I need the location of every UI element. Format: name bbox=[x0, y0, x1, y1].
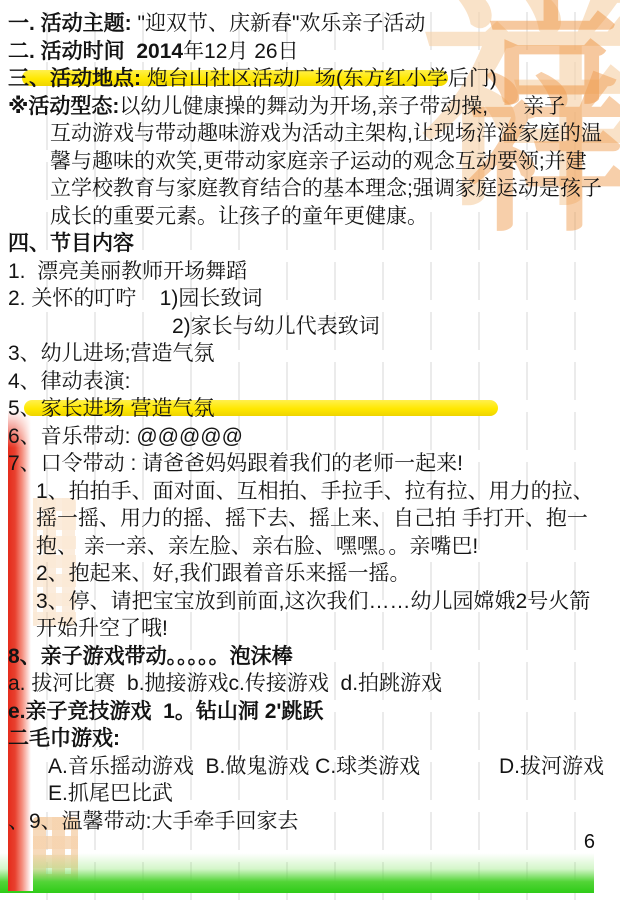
program-item-5: 5、家长进场 营造气氛 bbox=[8, 395, 614, 423]
program-item-9: 、9、温馨带动:大手牵手回家去 bbox=[8, 808, 614, 836]
location-line: 三、活动地点: 炮台山社区活动广场(东方红小学后门) bbox=[8, 65, 614, 93]
topic-label: 一. 活动主题: bbox=[8, 12, 138, 35]
topic-text: "迎双节、庆新春"欢乐亲子活动 bbox=[138, 12, 426, 35]
item-7-sub-2-text: 摇一摇、用力的摇、摇下去、摇上来、自己拍 手打开、抱一 bbox=[36, 507, 588, 530]
section-heading-text: 四、节目内容 bbox=[8, 232, 134, 255]
towel-games-heading: 二毛巾游戏: bbox=[8, 725, 614, 753]
program-item-6-text: 6、音乐带动: @@@@@ bbox=[8, 425, 243, 448]
format-text-3: 馨与趣味的欢笑,更带动家庭亲子运动的观念互动要领;并建 bbox=[50, 150, 587, 173]
program-item-8: 8、亲子游戏带动。。。。。泡沫棒 bbox=[8, 643, 614, 671]
item-7-sub-6: 开始升空了哦! bbox=[8, 615, 614, 643]
program-item-2-text: 2. 关怀的叮咛 1)园长致词 bbox=[8, 287, 262, 310]
page-number: 6 bbox=[584, 831, 595, 854]
towel-games-d: D.拔河游戏 bbox=[499, 753, 604, 781]
item-7-sub-4-text: 2、抱起来、好,我们跟着音乐来摇一摇。 bbox=[36, 562, 411, 585]
towel-games-row-2: E.抓尾巴比武 bbox=[8, 780, 614, 808]
program-item-2b: 2)家长与幼儿代表致词 bbox=[8, 313, 614, 341]
slide-content: 一. 活动主题: "迎双节、庆新春"欢乐亲子活动 二. 活动时间 2014年12… bbox=[8, 10, 614, 835]
program-item-9-text: 、9、温馨带动:大手牵手回家去 bbox=[8, 810, 299, 833]
format-line-5: 成长的重要元素。让孩子的童年更健康。 bbox=[8, 203, 614, 231]
program-item-7: 7、口令带动 : 请爸爸妈妈跟着我们的老师一起来! bbox=[8, 450, 614, 478]
item-7-sub-4: 2、抱起来、好,我们跟着音乐来摇一摇。 bbox=[8, 560, 614, 588]
item-7-sub-2: 摇一摇、用力的摇、摇下去、摇上来、自己拍 手打开、抱一 bbox=[8, 505, 614, 533]
program-item-2: 2. 关怀的叮咛 1)园长致词 bbox=[8, 285, 614, 313]
time-text: 年12月 26日 bbox=[183, 40, 299, 63]
program-item-5-text: 家长进场 营造气氛 bbox=[41, 397, 215, 420]
format-line-4: 立学校教育与家庭教育结合的基本理念;强调家庭运动是孩子 bbox=[8, 175, 614, 203]
item-7-sub-1-text: 1、拍拍手、面对面、互相拍、手拉手、拉有拉、用力的拉、 bbox=[36, 480, 594, 503]
item-7-sub-5: 3、停、请把宝宝放到前面,这次我们……幼儿园嫦娥2号火箭 bbox=[8, 588, 614, 616]
slide-page: 祥 吉 祥 一. 活动主题: "迎双节、庆新春"欢乐亲子活动 二. 活动时间 2… bbox=[0, 0, 620, 909]
item-7-sub-5-text: 3、停、请把宝宝放到前面,这次我们……幼儿园嫦娥2号火箭 bbox=[36, 590, 590, 613]
program-item-4-text: 4、律动表演: bbox=[8, 370, 131, 393]
program-item-7-text: 7、口令带动 : 请爸爸妈妈跟着我们的老师一起来! bbox=[8, 452, 463, 475]
item-7-sub-3-text: 抱、 亲一亲、亲左脸、亲右脸、嘿嘿。。亲嘴巴! bbox=[36, 535, 478, 558]
program-item-5-num: 5、 bbox=[8, 397, 41, 420]
format-line-3: 馨与趣味的欢笑,更带动家庭亲子运动的观念互动要领;并建 bbox=[8, 148, 614, 176]
format-text-2: 互动游戏与带动趣味游戏为活动主架构,让现场洋溢家庭的温 bbox=[50, 122, 602, 145]
location-label: 三、活动地点: bbox=[8, 67, 147, 90]
format-label: ※活动型态: bbox=[8, 95, 119, 118]
item-8-games: a. 拔河比赛 b.抛接游戏c.传接游戏 d.拍跳游戏 bbox=[8, 670, 614, 698]
program-item-4: 4、律动表演: bbox=[8, 368, 614, 396]
program-item-1-text: 1. 漂亮美丽教师开场舞蹈 bbox=[8, 260, 247, 283]
program-item-3-text: 3、幼儿进场;营造气氛 bbox=[8, 342, 215, 365]
section-heading: 四、节目内容 bbox=[8, 230, 614, 258]
towel-games-heading-text: 二毛巾游戏: bbox=[8, 727, 120, 750]
format-line-2: 互动游戏与带动趣味游戏为活动主架构,让现场洋溢家庭的温 bbox=[8, 120, 614, 148]
program-item-2b-text: 2)家长与幼儿代表致词 bbox=[172, 315, 380, 338]
towel-games-row-1: A.音乐摇动游戏 B.做鬼游戏 C.球类游戏D.拔河游戏 bbox=[8, 753, 614, 781]
item-7-sub-3: 抱、 亲一亲、亲左脸、亲右脸、嘿嘿。。亲嘴巴! bbox=[8, 533, 614, 561]
towel-games-abc: A.音乐摇动游戏 B.做鬼游戏 C.球类游戏 bbox=[48, 753, 420, 781]
program-item-3: 3、幼儿进场;营造气氛 bbox=[8, 340, 614, 368]
program-item-1: 1. 漂亮美丽教师开场舞蹈 bbox=[8, 258, 614, 286]
time-line: 二. 活动时间 2014年12月 26日 bbox=[8, 38, 614, 66]
format-text-4: 立学校教育与家庭教育结合的基本理念;强调家庭运动是孩子 bbox=[50, 177, 602, 200]
format-text-5: 成长的重要元素。让孩子的童年更健康。 bbox=[50, 205, 428, 228]
location-text: 炮台山社区活动广场(东方红小学后门) bbox=[147, 67, 497, 90]
topic-line: 一. 活动主题: "迎双节、庆新春"欢乐亲子活动 bbox=[8, 10, 614, 38]
towel-games-e: E.抓尾巴比武 bbox=[48, 782, 173, 805]
item-8e-games: e.亲子竞技游戏 1。钻山洞 2'跳跃 bbox=[8, 698, 614, 726]
program-item-8-text: 8、亲子游戏带动。。。。。泡沫棒 bbox=[8, 645, 293, 668]
format-line: ※活动型态:以幼儿健康操的舞动为开场,亲子带动操, 亲子 bbox=[8, 93, 614, 121]
format-text: 以幼儿健康操的舞动为开场,亲子带动操, 亲子 bbox=[119, 95, 565, 118]
time-year: 2014 bbox=[136, 40, 183, 63]
time-label: 二. 活动时间 bbox=[8, 40, 136, 63]
program-item-6: 6、音乐带动: @@@@@ bbox=[8, 423, 614, 451]
item-8e-games-text: e.亲子竞技游戏 1。钻山洞 2'跳跃 bbox=[8, 700, 323, 723]
green-bottom-bar bbox=[0, 853, 594, 893]
item-7-sub-6-text: 开始升空了哦! bbox=[36, 617, 168, 640]
item-7-sub-1: 1、拍拍手、面对面、互相拍、手拉手、拉有拉、用力的拉、 bbox=[8, 478, 614, 506]
item-8-games-text: a. 拔河比赛 b.抛接游戏c.传接游戏 d.拍跳游戏 bbox=[8, 672, 442, 695]
